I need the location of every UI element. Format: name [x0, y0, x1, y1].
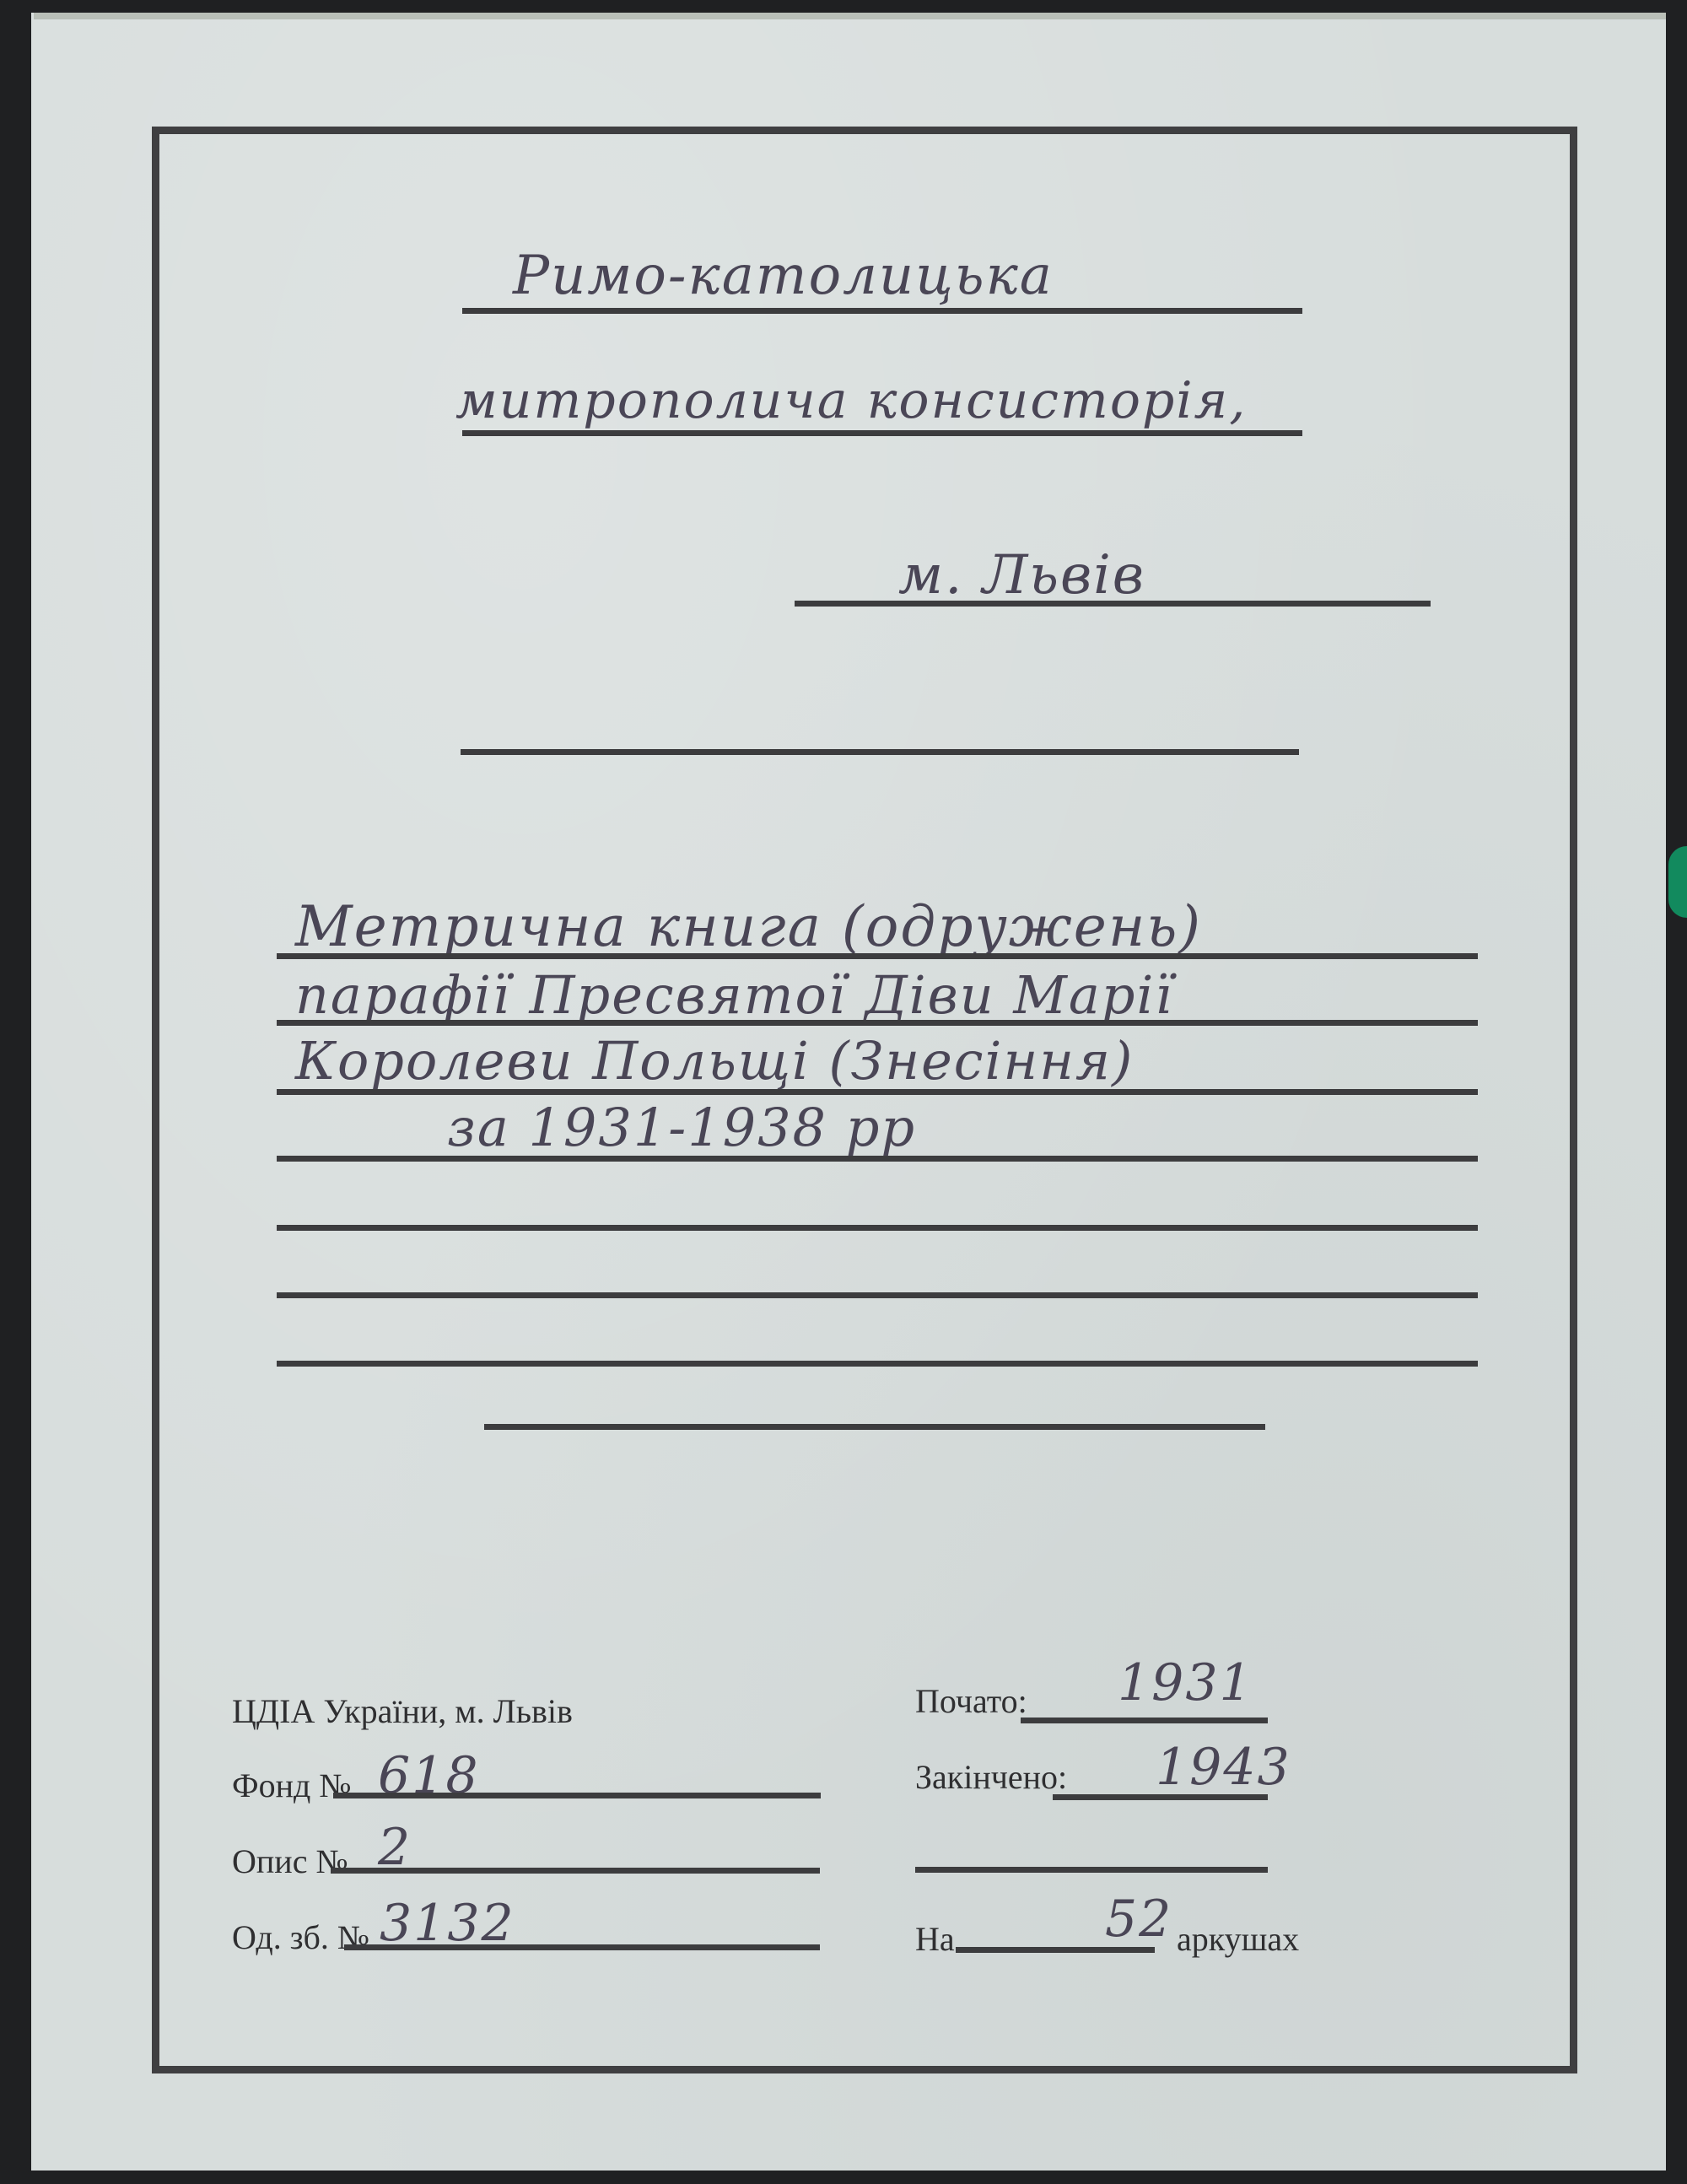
title-rule-1 — [277, 953, 1478, 959]
paper-top-edge — [34, 13, 1666, 19]
sprava-rule — [344, 1944, 820, 1950]
header-line-2: митрополича консисторія, — [455, 371, 1247, 430]
title-rule-6 — [277, 1292, 1478, 1298]
archive-name: ЦДІА України, м. Львів — [232, 1691, 573, 1731]
title-rule-8 — [484, 1424, 1265, 1430]
header-line-3: м. Львів — [898, 544, 1145, 607]
ended-rule — [1053, 1794, 1268, 1800]
sprava-label: Од. зб. № — [232, 1917, 369, 1957]
header-line-1: Римо-католицька — [513, 245, 1054, 307]
title-rule-3 — [277, 1089, 1478, 1095]
ended-label: Закінчено: — [915, 1757, 1067, 1797]
sheets-rule — [956, 1947, 1155, 1953]
blank-rule — [915, 1867, 1268, 1873]
title-rule-5 — [277, 1225, 1478, 1231]
opys-rule — [331, 1868, 820, 1874]
sheets-value: 52 — [1105, 1890, 1172, 1949]
title-rule-7 — [277, 1361, 1478, 1367]
title-line-2: парафії Пресвятої Діви Марії — [295, 964, 1173, 1026]
sheets-prefix: На — [915, 1919, 955, 1959]
fond-label: Фонд № — [232, 1766, 352, 1805]
header-rule-4 — [461, 749, 1299, 755]
fond-rule — [333, 1793, 821, 1798]
green-index-tab — [1668, 846, 1687, 918]
opys-label: Опис № — [232, 1842, 348, 1881]
header-rule-1 — [462, 308, 1302, 314]
title-rule-2 — [277, 1020, 1478, 1026]
title-line-4: за 1931-1938 рр — [447, 1097, 916, 1158]
sheets-suffix: аркушах — [1177, 1919, 1299, 1959]
started-value: 1931 — [1118, 1653, 1253, 1712]
title-line-1: Метрична книга (одружень) — [295, 894, 1202, 959]
started-label: Почато: — [915, 1681, 1027, 1721]
header-rule-2 — [462, 430, 1302, 436]
header-rule-3 — [795, 601, 1431, 607]
title-rule-4 — [277, 1156, 1478, 1162]
ended-value: 1943 — [1156, 1738, 1291, 1797]
title-line-3: Королеви Польщі (Знесіння) — [295, 1030, 1134, 1092]
started-rule — [1021, 1718, 1268, 1723]
